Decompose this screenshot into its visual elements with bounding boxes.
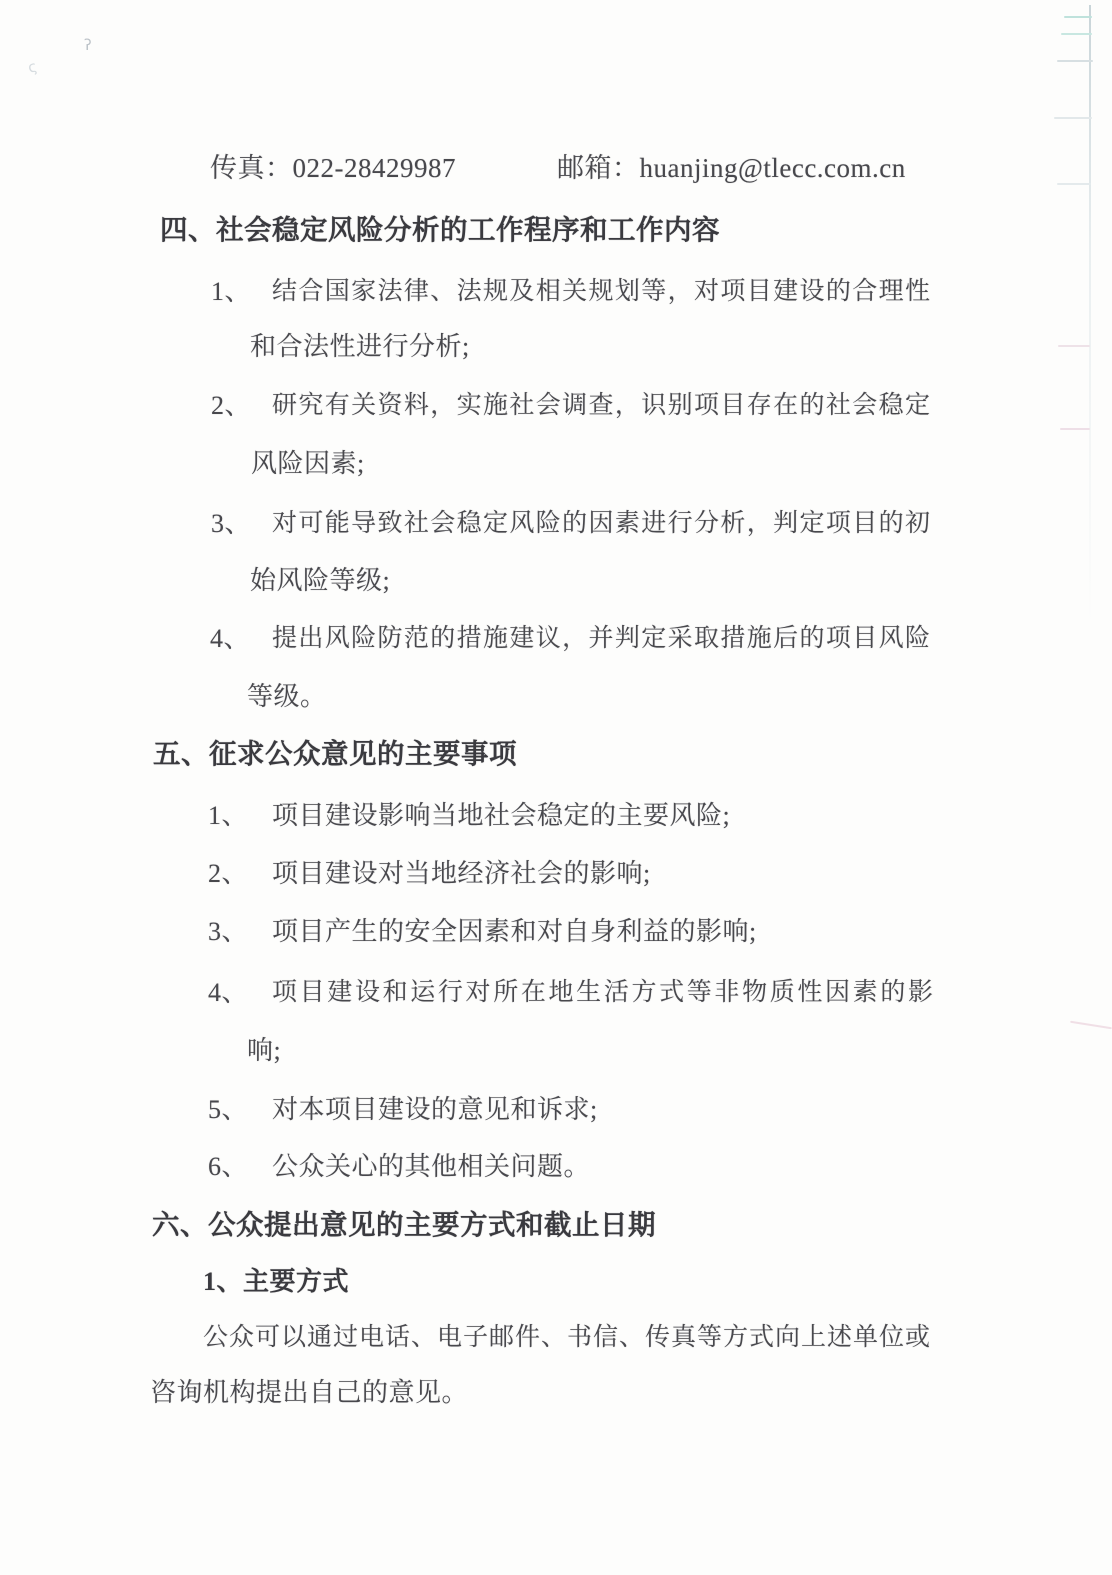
scanned-document-page: 传真：022-28429987 邮箱：huanjing@tlecc.com.cn… (0, 0, 1112, 1575)
list-item-number: 5、 (208, 1094, 248, 1127)
email-address: huanjing@tlecc.com.cn (640, 153, 906, 183)
scan-artifact-tick (1061, 33, 1092, 35)
list-item-number: 4、 (210, 623, 250, 656)
section5-heading: 五、征求公众意见的主要事项 (153, 737, 517, 771)
paragraph-line: 公众可以通过电话、电子邮件、书信、传真等方式向上述单位或 (203, 1322, 930, 1353)
list-item-number: 1、 (211, 276, 251, 309)
fax-label: 传真： (210, 153, 293, 183)
list-item-text: 研究有关资料，实施社会调查，识别项目存在的社会稳定 (272, 390, 930, 421)
section4-heading: 四、社会稳定风险分析的工作程序和工作内容 (160, 213, 720, 247)
section4-title: 社会稳定风险分析的工作程序和工作内容 (216, 214, 720, 245)
list-item-text: 对本项目建设的意见和诉求; (272, 1094, 598, 1127)
list-item-number: 1、 (208, 800, 248, 833)
subsection-number: 1、 (203, 1267, 243, 1296)
section6-marker: 六、 (152, 1209, 208, 1240)
list-item-number: 2、 (211, 390, 251, 423)
list-item-text: 结合国家法律、法规及相关规划等，对项目建设的合理性 (272, 276, 930, 307)
list-item-continuation: 风险因素; (251, 448, 365, 481)
list-item-text: 项目产生的安全因素和对自身利益的影响; (272, 916, 757, 949)
email-label: 邮箱： (557, 153, 640, 183)
scan-artifact-tick (1057, 183, 1091, 185)
list-item-number: 4、 (208, 977, 248, 1010)
scan-artifact-scratch (1070, 1021, 1112, 1030)
fax-number: 022-28429987 (293, 153, 457, 183)
list-item-number: 3、 (208, 916, 248, 949)
section6-heading: 六、公众提出意见的主要方式和截止日期 (152, 1208, 656, 1242)
email-line: 邮箱：huanjing@tlecc.com.cn (557, 152, 906, 186)
list-item-text: 项目建设和运行对所在地生活方式等非物质性因素的影 (272, 977, 933, 1008)
list-item-continuation: 始风险等级; (250, 565, 390, 598)
list-item-continuation: 和合法性进行分析; (250, 331, 470, 364)
scan-artifact-tick (1058, 345, 1090, 347)
fax-line: 传真：022-28429987 (210, 152, 456, 186)
subsection-heading: 1、主要方式 (203, 1266, 349, 1299)
scan-artifact-tick (1064, 16, 1092, 18)
subsection-title: 主要方式 (243, 1267, 349, 1296)
list-item-number: 2、 (208, 858, 248, 891)
section5-title: 征求公众意见的主要事项 (209, 738, 517, 769)
scan-artifact-tick (1057, 60, 1093, 62)
list-item-text: 项目建设影响当地社会稳定的主要风险; (272, 800, 730, 833)
section4-marker: 四、 (160, 214, 216, 245)
scan-artifact-speck: ς (26, 57, 39, 77)
list-item-text: 对可能导致社会稳定风险的因素进行分析，判定项目的初 (272, 508, 930, 539)
list-item-number: 6、 (208, 1151, 248, 1184)
scan-edge-line (1089, 5, 1091, 625)
list-item-continuation: 等级。 (247, 681, 327, 714)
list-item-text: 提出风险防范的措施建议，并判定采取措施后的项目风险 (272, 623, 930, 654)
list-item-text: 项目建设对当地经济社会的影响; (272, 858, 651, 891)
scan-artifact-tick (1060, 428, 1090, 430)
scan-artifact-speck: ʔ (84, 36, 92, 54)
list-item-text: 公众关心的其他相关问题。 (272, 1151, 590, 1184)
list-item-continuation: 响; (247, 1035, 281, 1068)
paragraph-line: 咨询机构提出自己的意见。 (150, 1377, 468, 1410)
list-item-number: 3、 (211, 508, 251, 541)
section6-title: 公众提出意见的主要方式和截止日期 (208, 1209, 656, 1240)
section5-marker: 五、 (153, 738, 209, 769)
scan-artifact-tick (1054, 117, 1092, 119)
